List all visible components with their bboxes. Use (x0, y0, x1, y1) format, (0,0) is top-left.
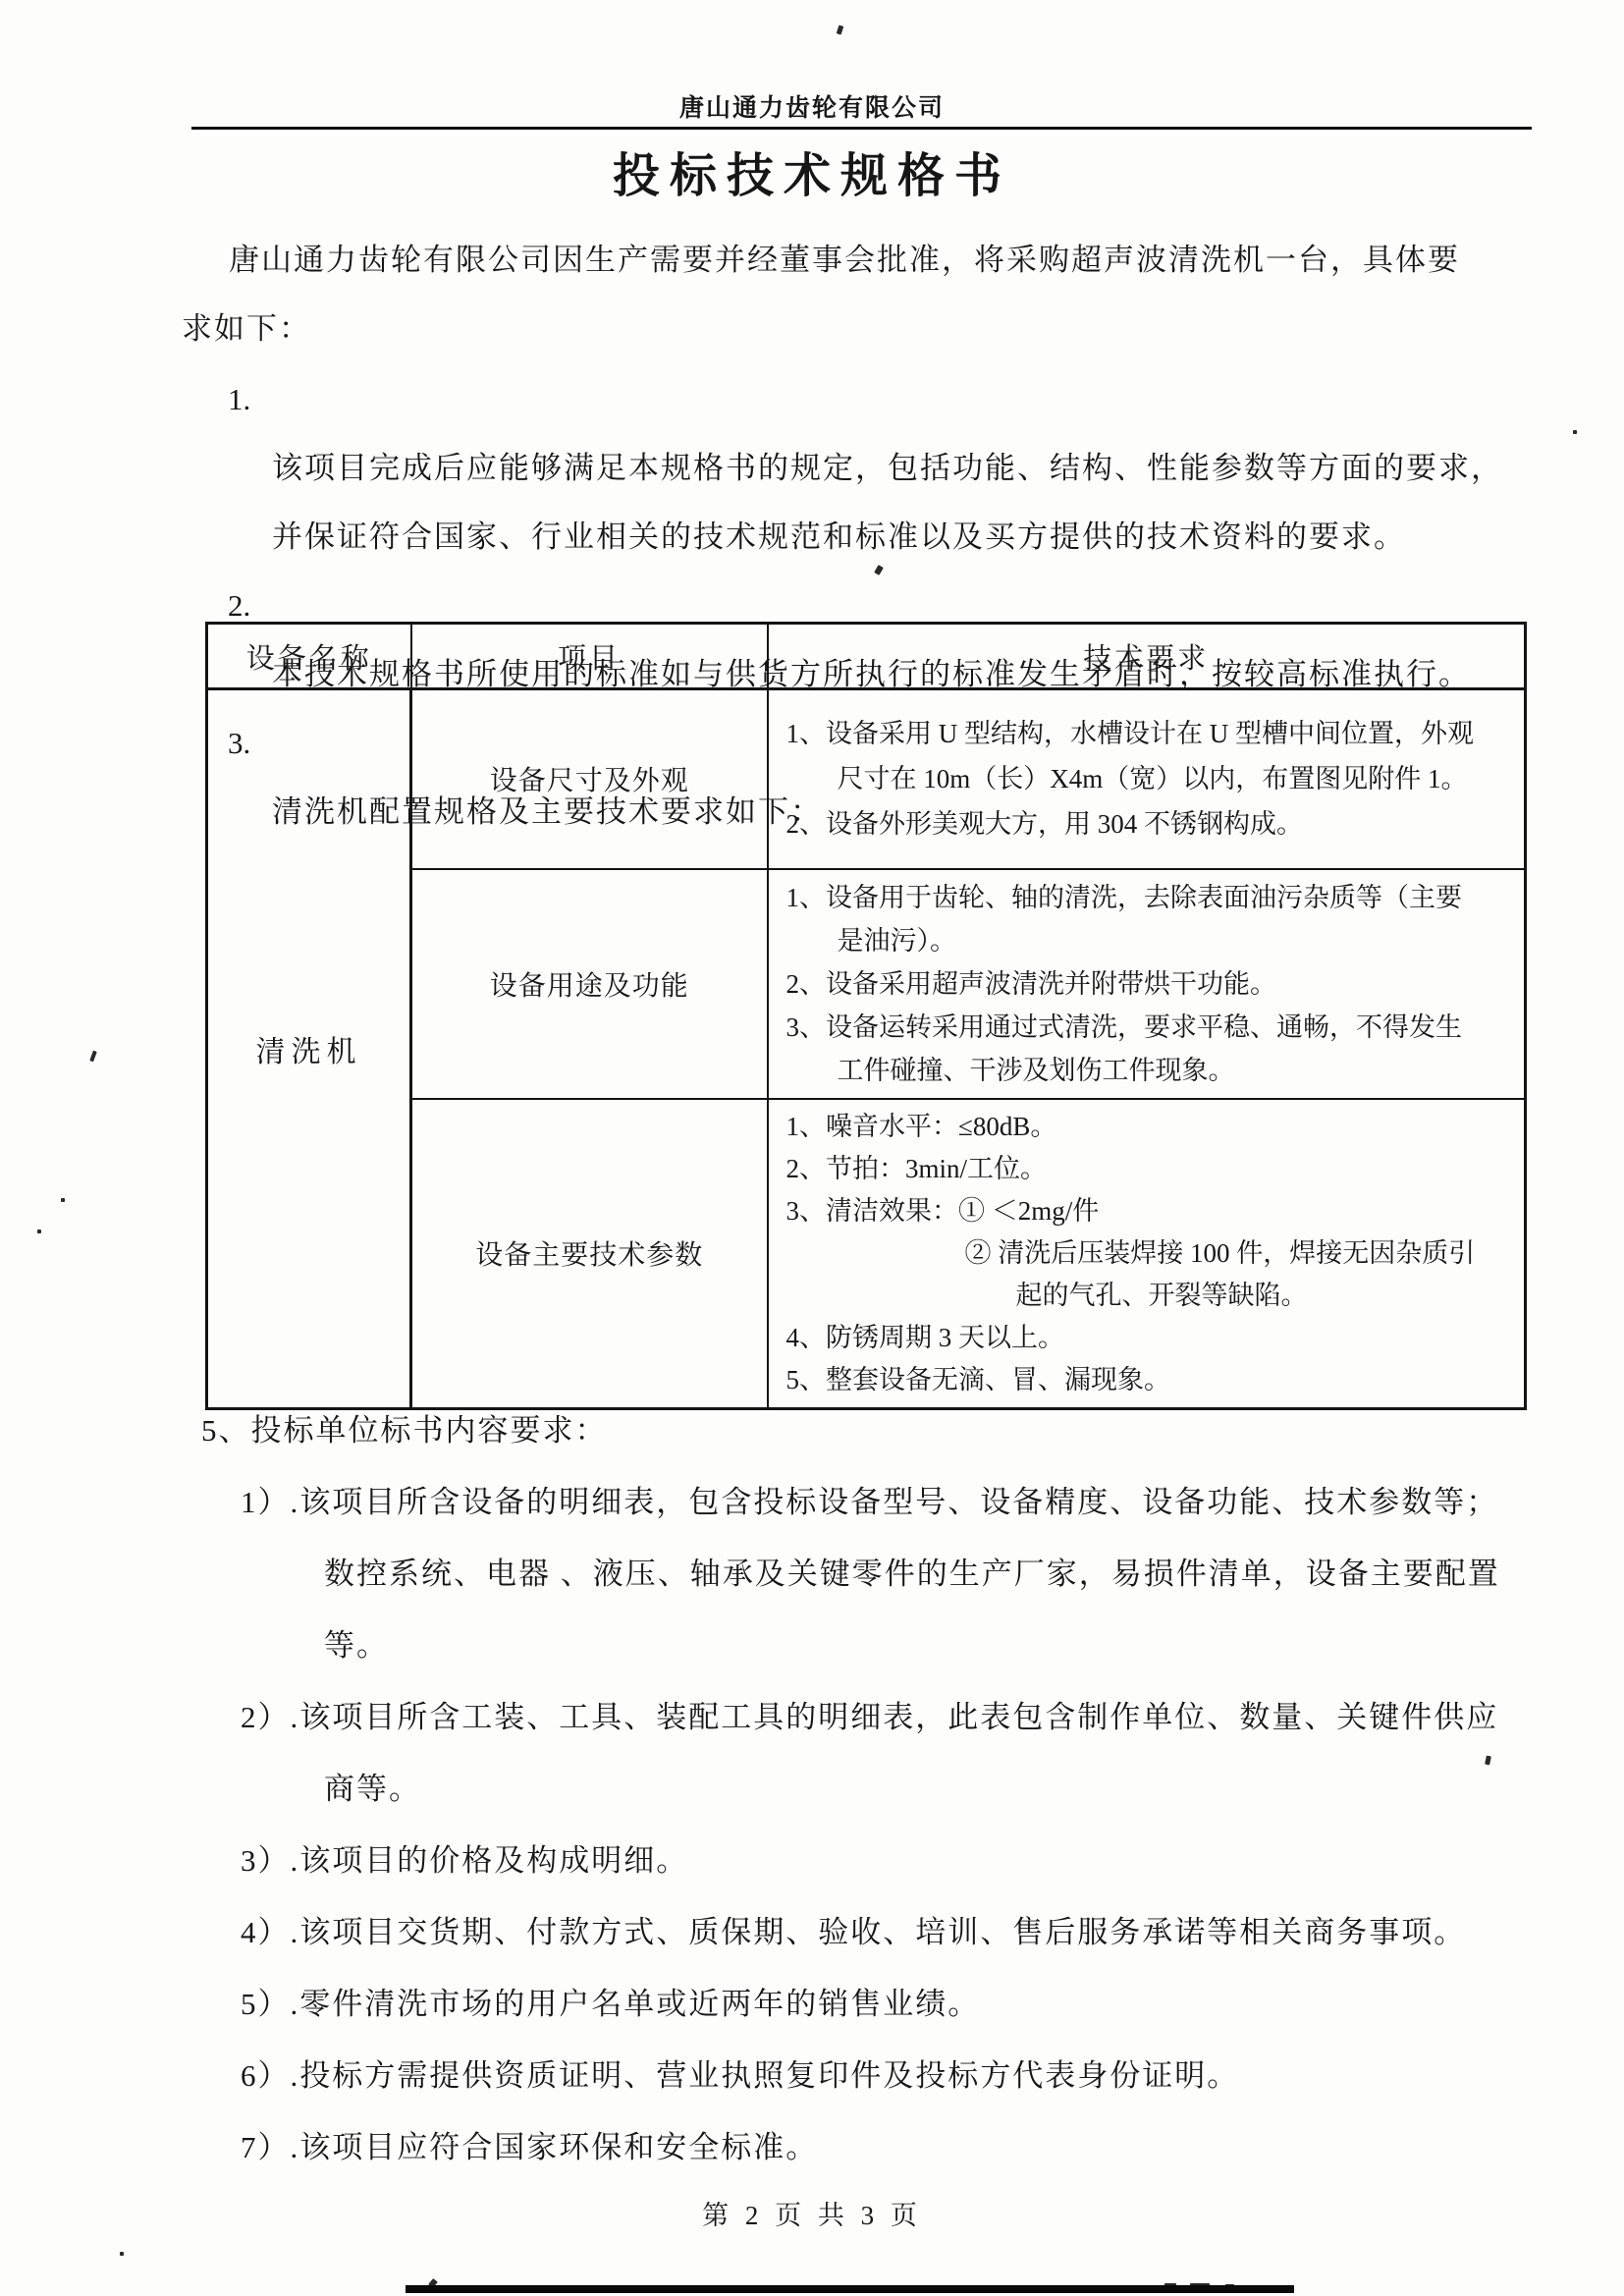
scan-noise (120, 2252, 124, 2256)
device-name-cell: 清洗机 (207, 689, 411, 1409)
list-item-number: 1. (228, 365, 250, 434)
scan-edge-bar (406, 2285, 1294, 2293)
list-item: 1.该项目完成后应能够满足本规格书的规定，包括功能、结构、性能参数等方面的要求，… (182, 365, 1519, 572)
intro-paragraph: 唐山通力齿轮有限公司因生产需要并经董事会批准，将采购超声波清洗机一台，具体要 求… (182, 226, 1488, 363)
item-name-cell: 设备尺寸及外观 (411, 689, 768, 869)
requirements-cell: 1、设备采用 U 型结构，水槽设计在 U 型槽中间位置，外观 尺寸在 10m（长… (768, 689, 1526, 869)
section-heading: 5、投标单位标书内容要求： (0, 1394, 1624, 1466)
table-row: 清洗机 设备尺寸及外观 1、设备采用 U 型结构，水槽设计在 U 型槽中间位置，… (207, 689, 1526, 869)
requirement-line: 3、清洁效果：① ＜2mg/件 (786, 1190, 1521, 1232)
section-items: 1）.该项目所含设备的明细表，包含投标设备型号、设备精度、设备功能、技术参数等；… (182, 1466, 1532, 2183)
requirement-line: 1、设备用于齿轮、轴的清洗，去除表面油污杂质等（主要 是油污）。 (786, 876, 1521, 962)
equipment-spec-table: 设备名称 项目 技术要求 清洗机 设备尺寸及外观 1、设备采用 U 型结构，水槽… (205, 622, 1527, 1410)
requirement-line: 4、防锈周期 3 天以上。 (786, 1317, 1521, 1359)
requirement-line: ② 清洗后压装焊接 100 件，焊接无因杂质引 起的气孔、开裂等缺陷。 (786, 1232, 1521, 1317)
scanned-document-page: 唐山通力齿轮有限公司 投标技术规格书 唐山通力齿轮有限公司因生产需要并经董事会批… (0, 0, 1624, 2296)
requirements-cell: 1、噪音水平：≤80dB。 2、节拍：3min/工位。 3、清洁效果：① ＜2m… (768, 1099, 1526, 1409)
item-name-cell: 设备主要技术参数 (411, 1099, 768, 1409)
requirements-cell: 1、设备用于齿轮、轴的清洗，去除表面油污杂质等（主要 是油污）。 2、设备采用超… (768, 869, 1526, 1099)
scan-noise (89, 1051, 97, 1063)
section-item: 6）.投标方需提供资质证明、营业执照复印件及投标方代表身份证明。 (182, 2040, 1532, 2111)
item-name-cell: 设备用途及功能 (411, 869, 768, 1099)
table-header-requirement: 技术要求 (768, 624, 1526, 689)
requirement-line: 2、设备外形美观大方，用 304 不锈钢构成。 (786, 801, 1521, 847)
requirement-line: 2、节拍：3min/工位。 (786, 1148, 1521, 1190)
requirement-line: 3、设备运转采用通过式清洗，要求平稳、通畅，不得发生 工件碰撞、干涉及划伤工件现… (786, 1006, 1521, 1092)
scan-noise (1573, 430, 1577, 434)
section-item: 4）.该项目交货期、付款方式、质保期、验收、培训、售后服务承诺等相关商务事项。 (182, 1896, 1532, 1968)
requirement-line: 2、设备采用超声波清洗并附带烘干功能。 (786, 962, 1521, 1006)
section-item: 3）.该项目的价格及构成明细。 (182, 1825, 1532, 1896)
bid-content-section: 5、投标单位标书内容要求： 1）.该项目所含设备的明细表，包含投标设备型号、设备… (0, 1394, 1624, 2183)
section-item: 5）.零件清洗市场的用户名单或近两年的销售业绩。 (182, 1968, 1532, 2040)
table-header-item: 项目 (411, 624, 768, 689)
requirement-line: 1、设备采用 U 型结构，水槽设计在 U 型槽中间位置，外观 尺寸在 10m（长… (786, 711, 1521, 801)
page-number-footer: 第 2 页 共 3 页 (0, 2196, 1624, 2235)
requirement-line: 1、噪音水平：≤80dB。 (786, 1106, 1521, 1148)
scan-noise (61, 1198, 65, 1202)
table-header-row: 设备名称 项目 技术要求 (207, 624, 1526, 689)
list-item-text: 该项目完成后应能够满足本规格书的规定，包括功能、结构、性能参数等方面的要求， 并… (272, 451, 1503, 554)
scan-noise (37, 1230, 41, 1233)
section-item: 2）.该项目所含工装、工具、装配工具的明细表，此表包含制作单位、数量、关键件供应… (182, 1681, 1532, 1825)
company-name-header: 唐山通力齿轮有限公司 (0, 94, 1624, 124)
section-item: 1）.该项目所含设备的明细表，包含投标设备型号、设备精度、设备功能、技术参数等；… (182, 1466, 1532, 1681)
document-title: 投标技术规格书 (0, 147, 1624, 206)
section-item: 7）.该项目应符合国家环保和安全标准。 (182, 2111, 1532, 2183)
header-divider-line (191, 127, 1532, 130)
table-header-device: 设备名称 (207, 624, 411, 689)
scan-noise (837, 25, 844, 34)
